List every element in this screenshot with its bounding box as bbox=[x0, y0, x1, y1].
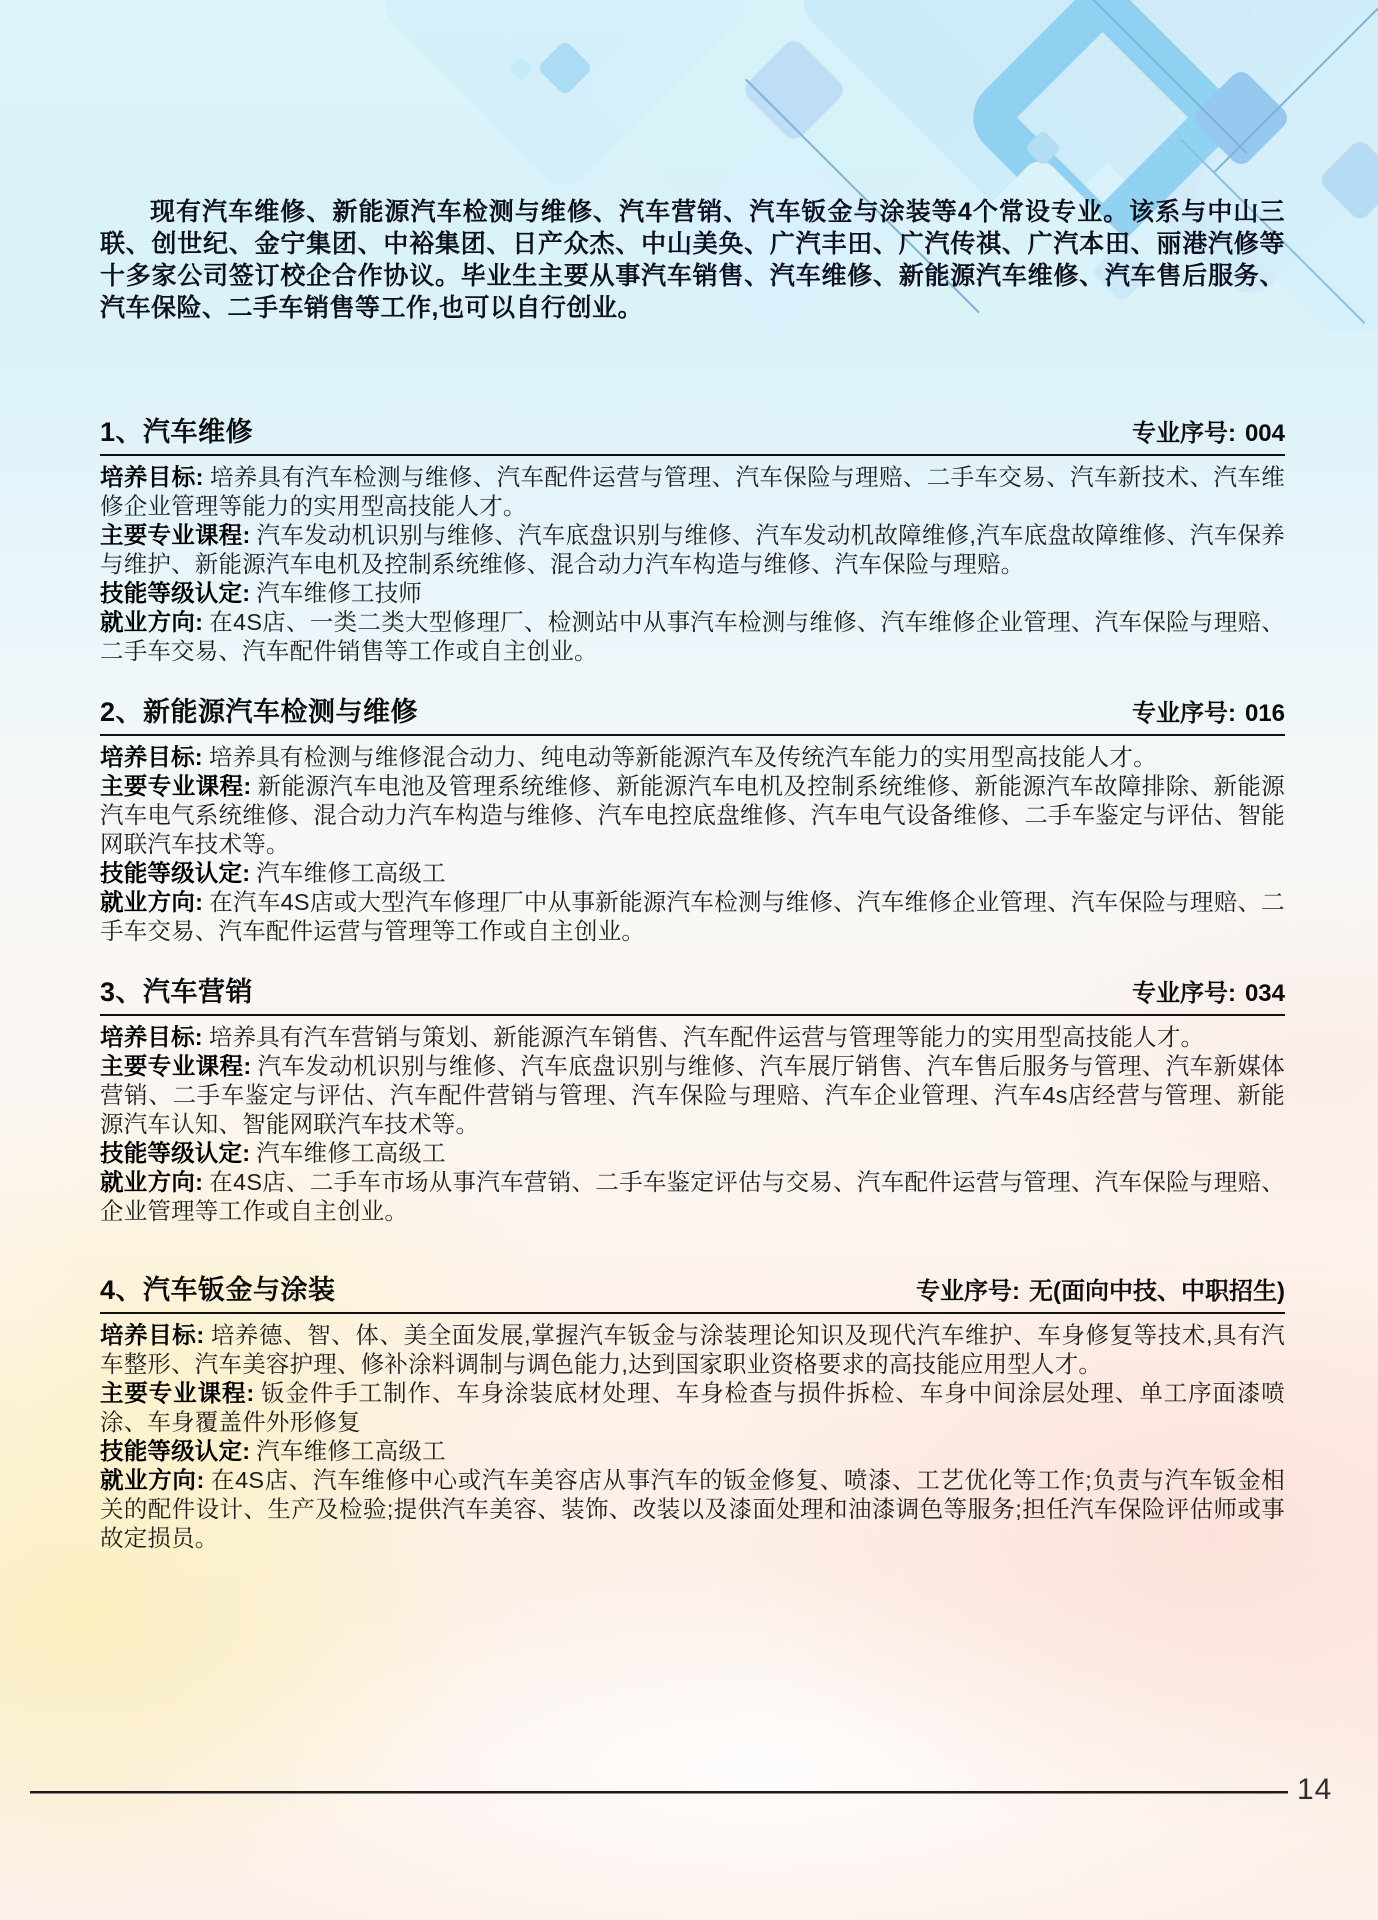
serial-value: 016 bbox=[1245, 700, 1285, 727]
section-heading-row: 4、汽车钣金与涂装 专业序号:无(面向中技、中职招生) bbox=[100, 1274, 1285, 1314]
field-text: 培养具有汽车检测与维修、汽车配件运营与管理、汽车保险与理赔、二手车交易、汽车新技… bbox=[100, 464, 1285, 519]
serial-value: 无(面向中技、中职招生) bbox=[1029, 1278, 1285, 1305]
field-main-courses: 主要专业课程:新能源汽车电池及管理系统维修、新能源汽车电机及控制系统维修、新能源… bbox=[100, 772, 1285, 859]
field-skill-level: 技能等级认定:汽车维修工技师 bbox=[100, 579, 1285, 608]
field-label: 主要专业课程: bbox=[100, 1380, 254, 1406]
field-text: 培养德、智、体、美全面发展,掌握汽车钣金与涂装理论知识及现代汽车维护、车身修复等… bbox=[100, 1322, 1285, 1377]
section-body: 培养目标:培养具有汽车营销与策划、新能源汽车销售、汽车配件运营与管理等能力的实用… bbox=[100, 1023, 1285, 1226]
field-training-goal: 培养目标:培养德、智、体、美全面发展,掌握汽车钣金与涂装理论知识及现代汽车维护、… bbox=[100, 1321, 1285, 1379]
serial-label: 专业序号: bbox=[1132, 980, 1236, 1007]
field-label: 主要专业课程: bbox=[100, 1053, 251, 1079]
field-main-courses: 主要专业课程:汽车发动机识别与维修、汽车底盘识别与维修、汽车展厅销售、汽车售后服… bbox=[100, 1052, 1285, 1139]
field-label: 技能等级认定: bbox=[100, 1140, 250, 1166]
field-text: 汽车发动机识别与维修、汽车底盘识别与维修、汽车展厅销售、汽车售后服务与管理、汽车… bbox=[100, 1053, 1285, 1137]
field-text: 汽车维修工高级工 bbox=[256, 1140, 446, 1166]
field-text: 在4S店、二手车市场从事汽车营销、二手车鉴定评估与交易、汽车配件运营与管理、汽车… bbox=[100, 1169, 1285, 1224]
section-serial: 专业序号:无(面向中技、中职招生) bbox=[916, 1277, 1285, 1307]
field-training-goal: 培养目标:培养具有汽车营销与策划、新能源汽车销售、汽车配件运营与管理等能力的实用… bbox=[100, 1023, 1285, 1052]
field-training-goal: 培养目标:培养具有汽车检测与维修、汽车配件运营与管理、汽车保险与理赔、二手车交易… bbox=[100, 463, 1285, 521]
field-text: 培养具有汽车营销与策划、新能源汽车销售、汽车配件运营与管理等能力的实用型高技能人… bbox=[209, 1024, 1204, 1050]
field-label: 培养目标: bbox=[100, 464, 204, 490]
field-employment: 就业方向:在4S店、汽车维修中心或汽车美容店从事汽车的钣金修复、喷漆、工艺优化等… bbox=[100, 1466, 1285, 1553]
page-number: 14 bbox=[1297, 1773, 1332, 1807]
field-text: 在4S店、一类二类大型修理厂、检测站中从事汽车检测与维修、汽车维修企业管理、汽车… bbox=[100, 609, 1285, 664]
section-title: 2、新能源汽车检测与维修 bbox=[100, 696, 418, 729]
section-serial: 专业序号:004 bbox=[1132, 419, 1285, 449]
field-label: 培养目标: bbox=[100, 1322, 204, 1348]
section-title: 1、汽车维修 bbox=[100, 416, 253, 449]
section-xinnengyuan: 2、新能源汽车检测与维修 专业序号:016 培养目标:培养具有检测与维修混合动力… bbox=[100, 696, 1285, 946]
field-skill-level: 技能等级认定:汽车维修工高级工 bbox=[100, 859, 1285, 888]
section-banjin-tuzhuang: 4、汽车钣金与涂装 专业序号:无(面向中技、中职招生) 培养目标:培养德、智、体… bbox=[100, 1274, 1285, 1553]
section-qiche-yingxiao: 3、汽车营销 专业序号:034 培养目标:培养具有汽车营销与策划、新能源汽车销售… bbox=[100, 976, 1285, 1226]
field-text: 培养具有检测与维修混合动力、纯电动等新能源汽车及传统汽车能力的实用型高技能人才。 bbox=[209, 744, 1157, 770]
field-text: 汽车发动机识别与维修、汽车底盘识别与维修、汽车发动机故障维修,汽车底盘故障维修、… bbox=[100, 522, 1285, 577]
field-text: 在4S店、汽车维修中心或汽车美容店从事汽车的钣金修复、喷漆、工艺优化等工作;负责… bbox=[100, 1467, 1285, 1551]
serial-label: 专业序号: bbox=[1132, 420, 1236, 447]
field-label: 就业方向: bbox=[100, 1169, 203, 1195]
field-text: 汽车维修工高级工 bbox=[256, 1438, 446, 1464]
section-body: 培养目标:培养具有检测与维修混合动力、纯电动等新能源汽车及传统汽车能力的实用型高… bbox=[100, 743, 1285, 946]
section-title: 4、汽车钣金与涂装 bbox=[100, 1274, 336, 1307]
serial-value: 034 bbox=[1245, 980, 1285, 1007]
field-training-goal: 培养目标:培养具有检测与维修混合动力、纯电动等新能源汽车及传统汽车能力的实用型高… bbox=[100, 743, 1285, 772]
footer-divider bbox=[30, 1791, 1288, 1794]
field-text: 在汽车4S店或大型汽车修理厂中从事新能源汽车检测与维修、汽车维修企业管理、汽车保… bbox=[100, 889, 1285, 944]
field-employment: 就业方向:在4S店、二手车市场从事汽车营销、二手车鉴定评估与交易、汽车配件运营与… bbox=[100, 1168, 1285, 1226]
field-label: 就业方向: bbox=[100, 1467, 205, 1493]
field-label: 就业方向: bbox=[100, 889, 203, 915]
field-label: 技能等级认定: bbox=[100, 580, 250, 606]
field-label: 主要专业课程: bbox=[100, 522, 251, 548]
brochure-page: 现有汽车维修、新能源汽车检测与维修、汽车营销、汽车钣金与涂装等4个常设专业。该系… bbox=[0, 0, 1378, 1920]
field-skill-level: 技能等级认定:汽车维修工高级工 bbox=[100, 1139, 1285, 1168]
field-text: 汽车维修工技师 bbox=[256, 580, 422, 606]
intro-paragraph: 现有汽车维修、新能源汽车检测与维修、汽车营销、汽车钣金与涂装等4个常设专业。该系… bbox=[100, 196, 1285, 324]
section-title: 3、汽车营销 bbox=[100, 976, 253, 1009]
field-text: 新能源汽车电池及管理系统维修、新能源汽车电机及控制系统维修、新能源汽车故障排除、… bbox=[100, 773, 1285, 857]
field-employment: 就业方向:在4S店、一类二类大型修理厂、检测站中从事汽车检测与维修、汽车维修企业… bbox=[100, 608, 1285, 666]
serial-label: 专业序号: bbox=[916, 1278, 1020, 1305]
field-text: 钣金件手工制作、车身涂装底材处理、车身检查与损件拆检、车身中间涂层处理、单工序面… bbox=[100, 1380, 1285, 1435]
page-content: 现有汽车维修、新能源汽车检测与维修、汽车营销、汽车钣金与涂装等4个常设专业。该系… bbox=[0, 0, 1378, 1553]
field-label: 就业方向: bbox=[100, 609, 203, 635]
field-main-courses: 主要专业课程:汽车发动机识别与维修、汽车底盘识别与维修、汽车发动机故障维修,汽车… bbox=[100, 521, 1285, 579]
field-label: 技能等级认定: bbox=[100, 860, 250, 886]
field-main-courses: 主要专业课程:钣金件手工制作、车身涂装底材处理、车身检查与损件拆检、车身中间涂层… bbox=[100, 1379, 1285, 1437]
field-label: 培养目标: bbox=[100, 744, 203, 770]
field-label: 技能等级认定: bbox=[100, 1438, 250, 1464]
field-label: 主要专业课程: bbox=[100, 773, 251, 799]
field-text: 汽车维修工高级工 bbox=[256, 860, 446, 886]
section-heading-row: 2、新能源汽车检测与维修 专业序号:016 bbox=[100, 696, 1285, 736]
section-body: 培养目标:培养具有汽车检测与维修、汽车配件运营与管理、汽车保险与理赔、二手车交易… bbox=[100, 463, 1285, 666]
serial-value: 004 bbox=[1245, 420, 1285, 447]
section-heading-row: 3、汽车营销 专业序号:034 bbox=[100, 976, 1285, 1016]
section-serial: 专业序号:016 bbox=[1132, 699, 1285, 729]
serial-label: 专业序号: bbox=[1132, 700, 1236, 727]
field-label: 培养目标: bbox=[100, 1024, 203, 1050]
field-skill-level: 技能等级认定:汽车维修工高级工 bbox=[100, 1437, 1285, 1466]
field-employment: 就业方向:在汽车4S店或大型汽车修理厂中从事新能源汽车检测与维修、汽车维修企业管… bbox=[100, 888, 1285, 946]
section-qiche-weixiu: 1、汽车维修 专业序号:004 培养目标:培养具有汽车检测与维修、汽车配件运营与… bbox=[100, 416, 1285, 666]
section-serial: 专业序号:034 bbox=[1132, 979, 1285, 1009]
section-body: 培养目标:培养德、智、体、美全面发展,掌握汽车钣金与涂装理论知识及现代汽车维护、… bbox=[100, 1321, 1285, 1553]
section-heading-row: 1、汽车维修 专业序号:004 bbox=[100, 416, 1285, 456]
